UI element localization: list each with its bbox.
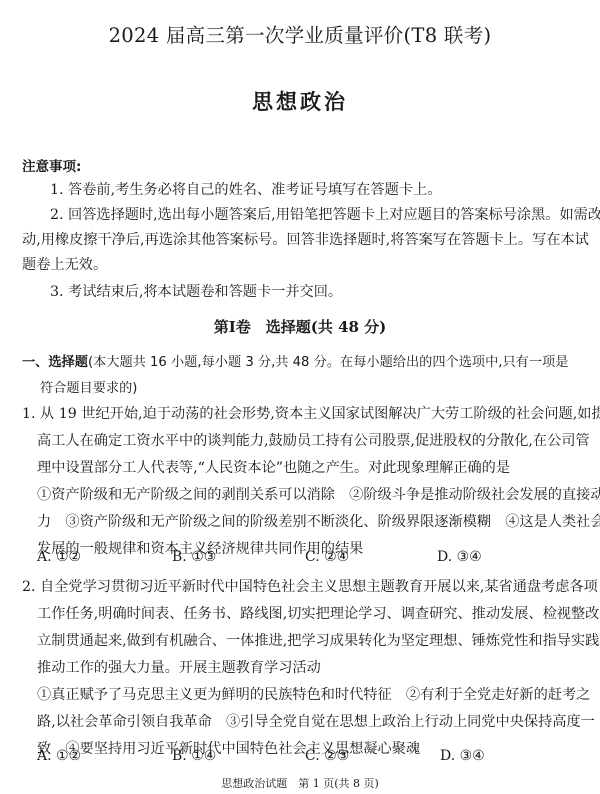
question-1-line: ①资产阶级和无产阶级之间的剥削关系可以消除 ②阶级斗争是推动阶级社会发展的直接动 <box>37 484 600 504</box>
section-intro: 一、选择题(本大题共 16 小题,每小题 3 分,共 48 分。在每小题给出的四… <box>22 351 568 370</box>
question-1-option-a: A. ①② <box>37 549 81 565</box>
question-1-option-b: B. ①③ <box>172 549 216 565</box>
subject-title: 思想政治 <box>0 86 600 116</box>
question-1-line: 高工人在确定工资水平中的谈判能力,鼓励员工持有公司股票,促进股权的分散化,在公司… <box>37 430 590 450</box>
question-2-option-b: B. ①④ <box>172 748 216 764</box>
question-1-line: 1. 从 19 世纪开始,迫于动荡的社会形势,资本主义国家试图解决广大劳工阶级的… <box>22 403 600 423</box>
notice-heading: 注意事项: <box>22 155 81 175</box>
question-2-line: ①真正赋予了马克思主义更为鲜明的民族特色和时代特征 ②有利于全党走好新的赶考之 <box>37 684 590 704</box>
question-1-option-c: C. ②④ <box>305 549 349 565</box>
question-2-line: 路,以社会革命引领自我革命 ③引导全党自觉在思想上政治上行动上同党中央保持高度一 <box>37 711 595 731</box>
notice-item-2-end: 题卷上无效。 <box>22 254 107 274</box>
exam-title: 2024 届高三第一次学业质量评价(T8 联考) <box>0 20 600 48</box>
question-2-line: 立制贯通起来,做到有机融合、一体推进,把学习成果转化为坚定理想、锤炼党性和指导实… <box>37 630 600 650</box>
section-intro-text: (本大题共 16 小题,每小题 3 分,共 48 分。在每小题给出的四个选项中,… <box>88 355 568 370</box>
question-1-option-d: D. ③④ <box>437 549 482 565</box>
notice-item-2: 2. 回答选择题时,选出每小题答案后,用铅笔把答题卡上对应题目的答案标号涂黑。如… <box>50 204 600 224</box>
question-2-option-a: A. ①② <box>37 748 81 764</box>
question-2-line: 推动工作的强大力量。开展主题教育学习活动 <box>37 657 321 677</box>
question-2-option-d: D. ③④ <box>440 748 485 764</box>
question-2-option-c: C. ②③ <box>305 748 349 764</box>
question-2-line: 2. 自全党学习贯彻习近平新时代中国特色社会主义思想主题教育开展以来,某省通盘考… <box>22 576 598 596</box>
section-title: 第Ⅰ卷 选择题(共 48 分) <box>0 316 600 337</box>
section-intro-cont: 符合题目要求的) <box>40 377 137 396</box>
question-1-line: 力 ③资产阶级和无产阶级之间的阶级差别不断淡化、阶级界限逐渐模糊 ④这是人类社会 <box>37 511 600 531</box>
question-1-line: 理中设置部分工人代表等,“人民资本论”也随之产生。对此现象理解正确的是 <box>37 457 510 477</box>
section-intro-lead: 一、选择题 <box>22 355 88 370</box>
notice-item-3: 3. 考试结束后,将本试题卷和答题卡一并交回。 <box>50 281 342 301</box>
question-2-line: 工作任务,明确时间表、任务书、路线图,切实把理论学习、调查研究、推动发展、检视整… <box>37 603 600 623</box>
notice-item-2-cont: 动,用橡皮擦干净后,再选涂其他答案标号。回答非选择题时,将答案写在答题卡上。写在… <box>22 229 589 249</box>
question-2-line: 致 ④要坚持用习近平新时代中国特色社会主义思想凝心聚魂 <box>37 738 420 758</box>
notice-item-1: 1. 答卷前,考生务必将自己的姓名、准考证号填写在答题卡上。 <box>50 179 441 199</box>
page-footer: 思想政治试题 第 1 页(共 8 页) <box>0 775 600 791</box>
